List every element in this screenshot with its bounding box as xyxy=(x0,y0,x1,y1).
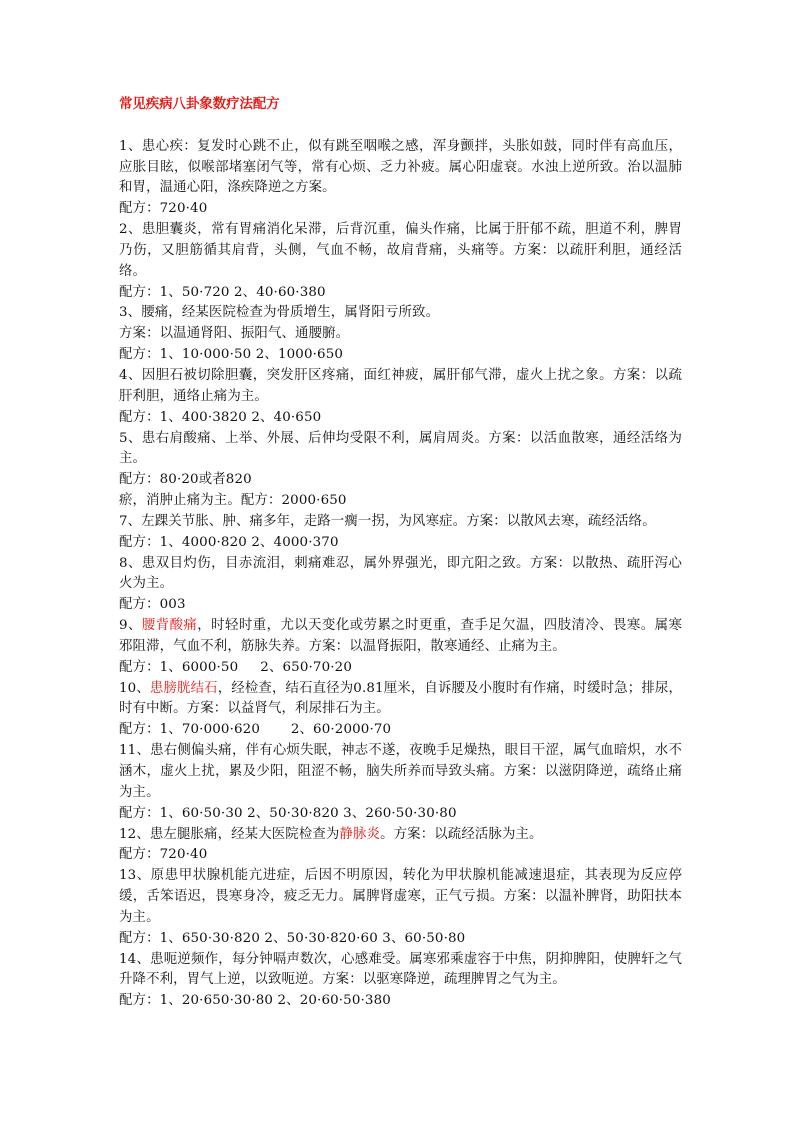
entry-number: 10、 xyxy=(119,681,150,696)
entry-1-formula: 配方：720·40 xyxy=(119,199,682,220)
entry-2-formula: 配方：1、50·720 2、40·60·380 xyxy=(119,283,682,304)
entry-number: 3、 xyxy=(119,305,141,320)
entry-text: 患右肩酸痛、上举、外展、后伸均受限不利，属肩周炎。方案：以活血散寒，通经活络为主… xyxy=(119,431,682,467)
entry-9-description: 9、腰背酸痛，时轻时重，尤以天变化或劳累之时更重，查手足欠温，四肢清冷、畏寒。属… xyxy=(119,616,682,658)
entry-4-formula: 配方：1、400·3820 2、40·650 xyxy=(119,408,682,429)
entry-3-description: 3、腰痛，经某医院检查为骨质增生，属肾阳亏所致。 xyxy=(119,303,682,324)
entry-number: 8、 xyxy=(119,556,142,571)
entry-12-description: 12、患左腿胀痛，经某大医院检查为静脉炎。方案：以疏经活脉为主。 xyxy=(119,825,682,846)
entry-text: 患右侧偏头痛，伴有心烦失眠，神志不遂，夜晚手足燥热，眼目干涩，属气血暗炽，水不涵… xyxy=(119,743,682,800)
entry-number: 5、 xyxy=(119,431,142,446)
entry-text: 患胆囊炎，常有胃痛消化呆滞，后背沉重，偏头作痛，比属于肝郁不疏，胆道不利，脾胃乃… xyxy=(119,222,682,279)
entry-text: 腰痛，经某医院检查为骨质增生，属肾阳亏所致。 xyxy=(141,305,439,320)
entry-text: 原患甲状腺机能亢进症，后因不明原因，转化为甲状腺机能减速退症，其表现为反应停缓，… xyxy=(119,868,682,925)
entry-12-formula: 配方：720·40 xyxy=(119,845,682,866)
blank-line xyxy=(119,116,682,137)
entry-7-description: 7、左踝关节胀、肿、痛多年，走路一瘸一拐，为风寒症。方案：以散风去寒，疏经活络。 xyxy=(119,512,682,533)
entry-number: 1、 xyxy=(119,139,142,154)
entry-13-formula: 配方：1、650·30·820 2、50·30·820·60 3、60·50·8… xyxy=(119,929,682,950)
entry-text: 患心疾：复发时心跳不止，似有跳至咽喉之感，浑身颤拌，头胀如鼓，同时伴有高血压，应… xyxy=(119,139,682,196)
entry-text: 因胆石被切除胆囊，突发肝区疼痛，面红神疲，属肝郁气滞，虚火上扰之象。方案：以疏肝… xyxy=(119,368,682,404)
entry-10-description: 10、患膀胱结石，经检查，结石直径为0.81厘米，自诉腰及小腹时有作痛，时缓时急… xyxy=(119,679,682,721)
entry-text: ，时轻时重，尤以天变化或劳累之时更重，查手足欠温，四肢清冷、畏寒。属寒邪阻滞，气… xyxy=(119,618,682,654)
entry-3-formula: 配方：1、10·000·50 2、1000·650 xyxy=(119,345,682,366)
highlighted-condition: 患膀胱结石 xyxy=(150,681,218,696)
entry-9-formula: 配方：1、6000·50 2、650·70·20 xyxy=(119,658,682,679)
entry-8-description: 8、患双目灼伤，目赤流泪，刺痛难忍，属外界强光，即亢阳之致。方案：以散热、疏肝泻… xyxy=(119,554,682,596)
entry-number: 12、 xyxy=(119,827,150,842)
entry-text: 。方案：以疏经活脉为主。 xyxy=(380,827,543,842)
entry-1-description: 1、患心疾：复发时心跳不止，似有跳至咽喉之感，浑身颤拌，头胀如鼓，同时伴有高血压… xyxy=(119,137,682,200)
entry-number: 2、 xyxy=(119,222,142,237)
entry-5-formula: 配方：80·20或者820 xyxy=(119,470,682,491)
entry-3-plan: 方案：以温通肾阳、振阳气、通腰腑。 xyxy=(119,324,682,345)
entry-14-description: 14、患呃逆频作，每分钟嗝声数次，心感难受。属寒邪乘虚容于中焦，阴抑脾阳，使脾轩… xyxy=(119,950,682,992)
entry-number: 14、 xyxy=(119,952,150,967)
entry-7-formula: 配方：1、4000·820 2、4000·370 xyxy=(119,533,682,554)
entry-10-formula: 配方：1、70·000·620 2、60·2000·70 xyxy=(119,720,682,741)
entry-text: 左踝关节胀、肿、痛多年，走路一瘸一拐，为风寒症。方案：以散风去寒，疏经活络。 xyxy=(141,514,656,529)
entry-number: 11、 xyxy=(119,743,150,758)
document-title: 常见疾病八卦象数疗法配方 xyxy=(119,95,682,116)
entry-number: 9、 xyxy=(119,618,142,633)
entry-4-description: 4、因胆石被切除胆囊，突发肝区疼痛，面红神疲，属肝郁气滞，虚火上扰之象。方案：以… xyxy=(119,366,682,408)
highlighted-condition: 静脉炎 xyxy=(339,827,380,842)
entry-5-description: 5、患右肩酸痛、上举、外展、后伸均受限不利，属肩周炎。方案：以活血散寒，通经活络… xyxy=(119,429,682,471)
entry-11-description: 11、患右侧偏头痛，伴有心烦失眠，神志不遂，夜晚手足燥热，眼目干涩，属气血暗炽，… xyxy=(119,741,682,804)
entry-number: 13、 xyxy=(119,868,151,883)
entry-13-description: 13、原患甲状腺机能亢进症，后因不明原因，转化为甲状腺机能减速退症，其表现为反应… xyxy=(119,866,682,929)
highlighted-condition: 腰背酸痛 xyxy=(142,618,197,633)
entry-2-description: 2、患胆囊炎，常有胃痛消化呆滞，后背沉重，偏头作痛，比属于肝郁不疏，胆道不利，脾… xyxy=(119,220,682,283)
entry-6-fragment: 瘀，消肿止痛为主。配方：2000·650 xyxy=(119,491,682,512)
document-page: 常见疾病八卦象数疗法配方 1、患心疾：复发时心跳不止，似有跳至咽喉之感，浑身颤拌… xyxy=(119,95,682,1012)
entry-8-formula: 配方：003 xyxy=(119,595,682,616)
entry-14-formula: 配方：1、20·650·30·80 2、20·60·50·380 xyxy=(119,991,682,1012)
entry-text-pre: 患左腿胀痛，经某大医院检查为 xyxy=(150,827,340,842)
entry-text: 患呃逆频作，每分钟嗝声数次，心感难受。属寒邪乘虚容于中焦，阴抑脾阳，使脾轩之气升… xyxy=(119,952,682,988)
entry-text: 患双目灼伤，目赤流泪，刺痛难忍，属外界强光，即亢阳之致。方案：以散热、疏肝泻心火… xyxy=(119,556,682,592)
entry-number: 4、 xyxy=(119,368,142,383)
entry-11-formula: 配方：1、60·50·30 2、50·30·820 3、260·50·30·80 xyxy=(119,804,682,825)
entry-number: 7、 xyxy=(119,514,141,529)
